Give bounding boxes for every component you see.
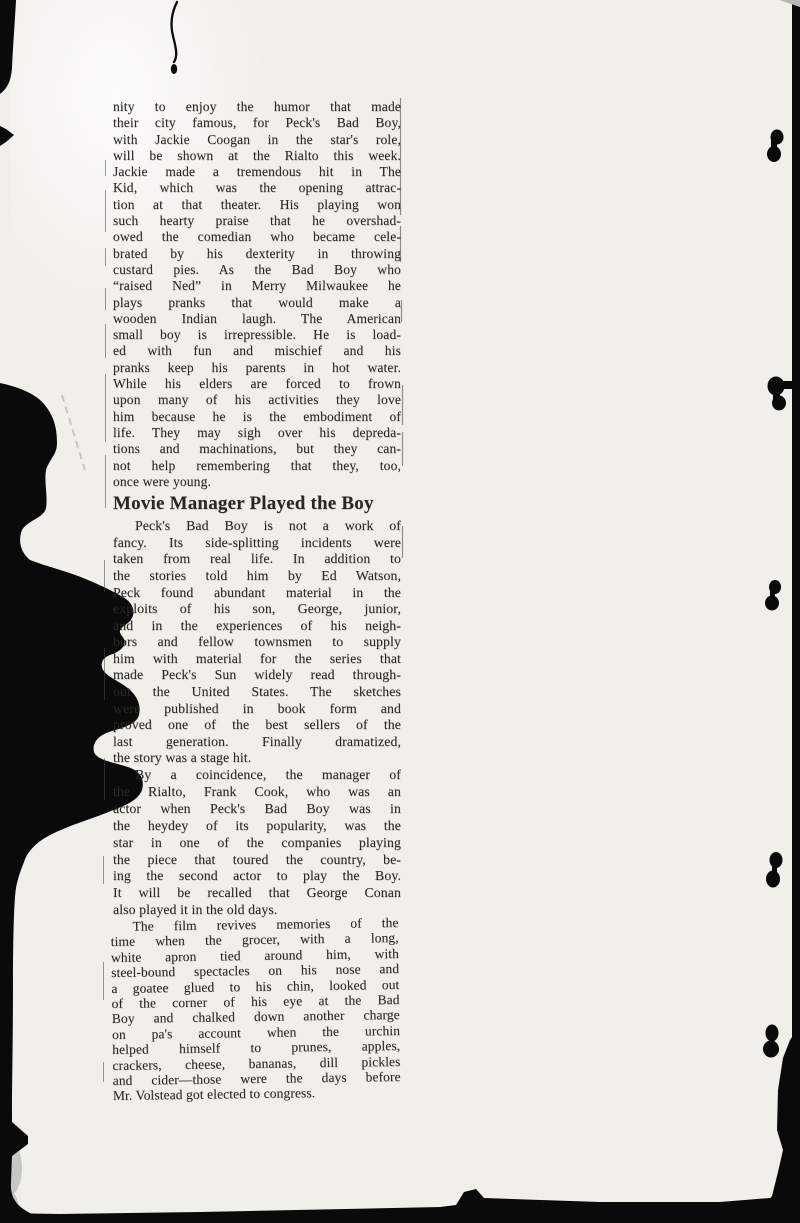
text-line: not help remembering that they, too, bbox=[113, 458, 401, 474]
text-line: small boy is irrepressible. He is load- bbox=[113, 327, 401, 343]
text-line: and in the experiences of his neigh- bbox=[113, 618, 401, 635]
text-line: Peck found abundant material in the bbox=[113, 585, 401, 602]
text-line: tion at that theater. His playing won bbox=[113, 197, 401, 213]
text-line: brated by his dexterity in throwing bbox=[113, 246, 401, 262]
text-line: By a coincidence, the manager of bbox=[113, 767, 401, 784]
text-line: were published in book form and bbox=[113, 701, 401, 718]
text-line: Jackie made a tremendous hit in The bbox=[113, 164, 401, 180]
text-line: It will be recalled that George Conan bbox=[113, 885, 401, 902]
text-line: ing the second actor to play the Boy. bbox=[113, 868, 401, 885]
ink-mark-right-4 bbox=[766, 852, 783, 888]
text-line: wooden Indian laugh. The American bbox=[113, 311, 401, 327]
page-edge-bottom bbox=[0, 1189, 800, 1223]
text-line: taken from real life. In addition to bbox=[113, 551, 401, 568]
text-line: “raised Ned” in Merry Milwaukee he bbox=[113, 278, 401, 294]
text-line: out the United States. The sketches bbox=[113, 684, 401, 701]
text-line: fancy. Its side-splitting incidents were bbox=[113, 535, 401, 552]
text-line: upon many of his activities they love bbox=[113, 392, 401, 408]
ink-squiggle-dot bbox=[171, 64, 177, 74]
text-line: plays pranks that would make a bbox=[113, 295, 401, 311]
ink-mark-left-arrow bbox=[0, 126, 14, 146]
scratch-line bbox=[62, 395, 85, 470]
ink-mark-right-5 bbox=[763, 1025, 779, 1058]
text-line: tions and machinations, but they can- bbox=[113, 441, 401, 457]
text-line: made Peck's Sun widely read through- bbox=[113, 667, 401, 684]
text-line: Peck's Bad Boy is not a work of bbox=[113, 518, 401, 535]
text-line: proved one of the best sellers of the bbox=[113, 717, 401, 734]
paragraph: The film revives memories of thetime whe… bbox=[110, 915, 401, 1104]
paragraph: nity to enjoy the humor that madetheir c… bbox=[113, 99, 401, 490]
page-edge-left-top bbox=[0, 0, 16, 94]
ink-squiggle-top bbox=[172, 2, 177, 62]
text-line: custard pies. As the Bad Boy who bbox=[113, 262, 401, 278]
text-line: bors and fellow townsmen to supply bbox=[113, 634, 401, 651]
text-line: nity to enjoy the humor that made bbox=[113, 99, 401, 115]
text-line: Mr. Volstead got elected to congress. bbox=[113, 1085, 401, 1104]
text-line: life. They may sigh over his depreda- bbox=[113, 425, 401, 441]
text-line: actor when Peck's Bad Boy was in bbox=[113, 801, 401, 818]
article-column: nity to enjoy the humor that madetheir c… bbox=[113, 99, 401, 1104]
paragraph: By a coincidence, the manager ofthe Rial… bbox=[113, 767, 401, 919]
article-blocks: nity to enjoy the humor that madetheir c… bbox=[113, 99, 401, 1104]
text-line: last generation. Finally dramatized, bbox=[113, 734, 401, 751]
text-line: exploits of his son, George, junior, bbox=[113, 601, 401, 618]
text-line: While his elders are forced to frown bbox=[113, 376, 401, 392]
text-line: the stories told him by Ed Watson, bbox=[113, 568, 401, 585]
ink-mark-right-3 bbox=[765, 580, 781, 611]
text-line: owed the comedian who became cele- bbox=[113, 229, 401, 245]
text-line: the story was a stage hit. bbox=[113, 750, 401, 767]
text-line: star in one of the companies playing bbox=[113, 835, 401, 852]
text-line: Kid, which was the opening attrac- bbox=[113, 180, 401, 196]
text-line: their city famous, for Peck's Bad Boy, bbox=[113, 115, 401, 131]
article-heading: Movie Manager Played the Boy bbox=[113, 492, 401, 516]
text-line: will be shown at the Rialto this week. bbox=[113, 148, 401, 164]
text-line: pranks keep his parents in hot water. bbox=[113, 360, 401, 376]
text-line: the heydey of its popularity, was the bbox=[113, 818, 401, 835]
text-line: with Jackie Coogan in the star's role, bbox=[113, 132, 401, 148]
text-line: the Rialto, Frank Cook, who was an bbox=[113, 784, 401, 801]
text-line: once were young. bbox=[113, 474, 401, 490]
paragraph: Peck's Bad Boy is not a work offancy. It… bbox=[113, 518, 401, 767]
page-edge-right-wedge bbox=[718, 1025, 800, 1223]
text-line: ed with fun and mischief and his bbox=[113, 343, 401, 359]
scanned-newspaper-page: nity to enjoy the humor that madetheir c… bbox=[0, 0, 800, 1223]
text-line: him because he is the embodiment of bbox=[113, 409, 401, 425]
ink-mark-right-1 bbox=[767, 130, 784, 163]
text-line: such hearty praise that he overshad- bbox=[113, 213, 401, 229]
text-line: the piece that toured the country, be- bbox=[113, 852, 401, 869]
text-line: him with material for the series that bbox=[113, 651, 401, 668]
ink-mark-right-2 bbox=[768, 377, 795, 411]
